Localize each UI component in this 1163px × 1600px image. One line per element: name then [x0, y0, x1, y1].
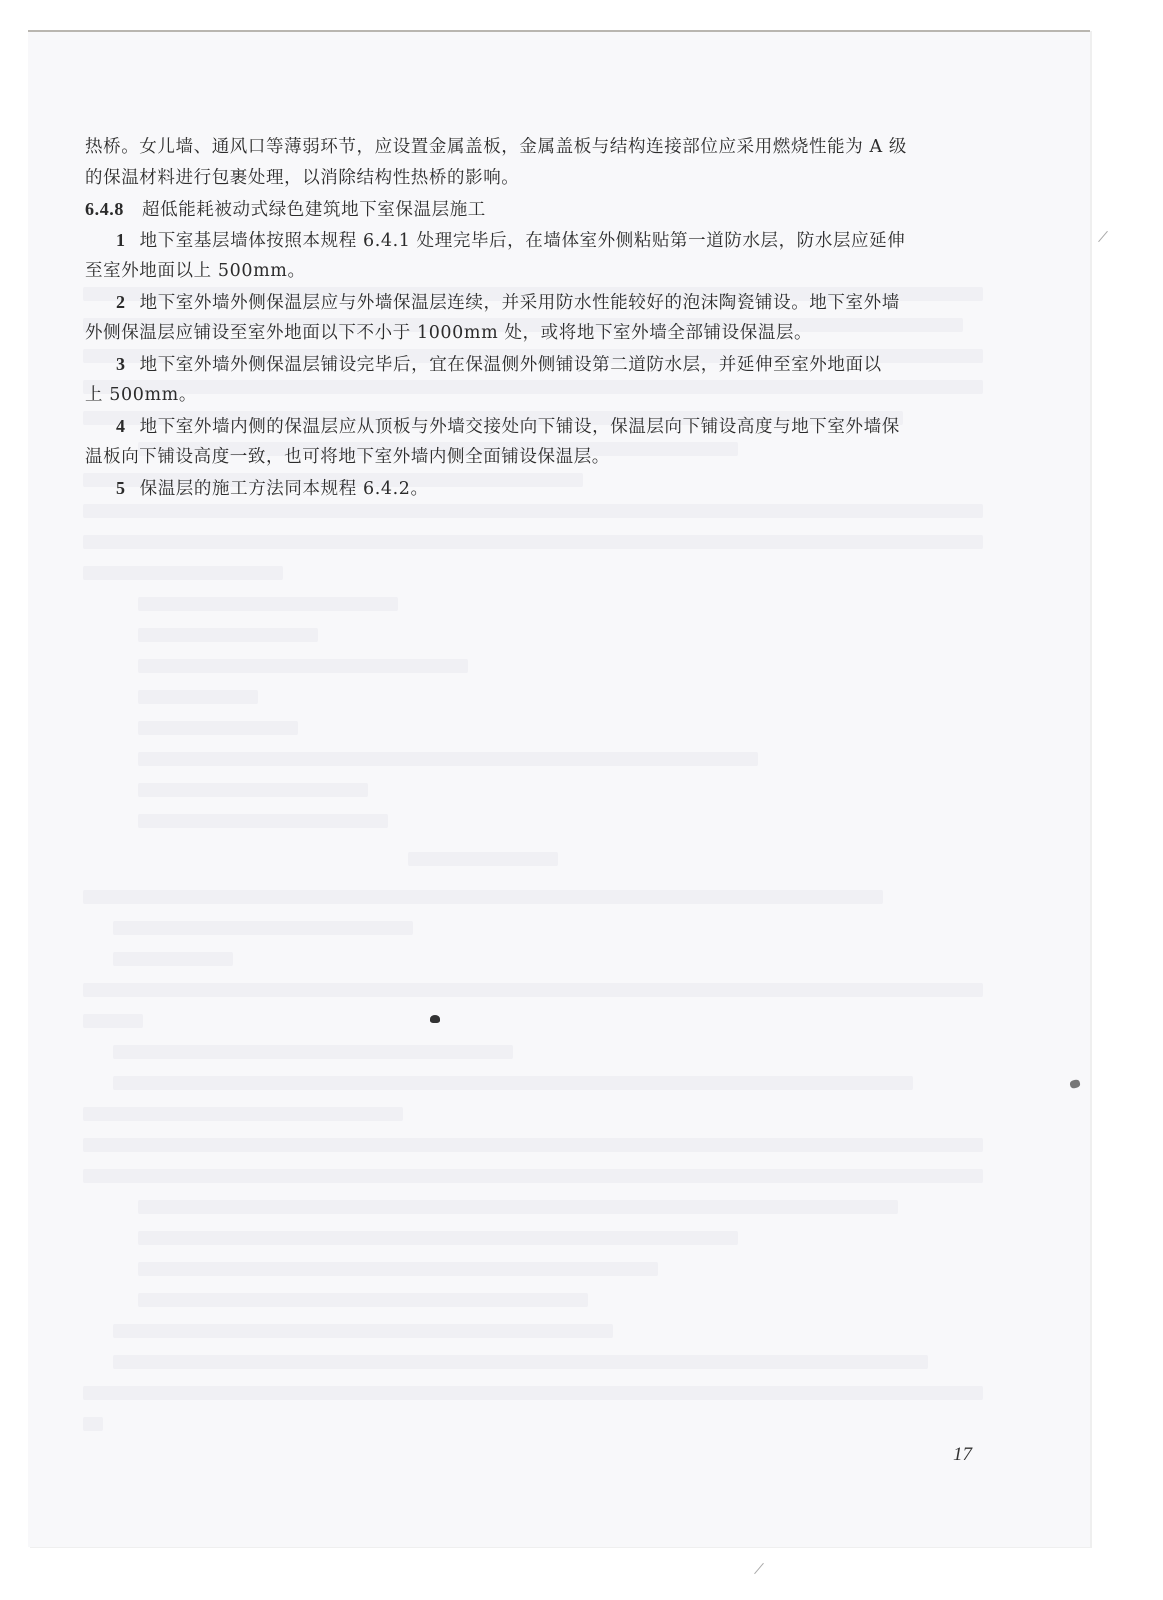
- item-text: 地下室外墙内侧的保温层应从顶板与外墙交接处向下铺设，保温层向下铺设高度与地下室外…: [140, 417, 900, 437]
- item-text: 保温层的施工方法同本规程 6.4.2。: [140, 479, 429, 499]
- item-text: 地下室基层墙体按照本规程 6.4.1 处理完毕后，在墙体室外侧粘贴第一道防水层，…: [140, 231, 906, 251]
- item-number: 5: [116, 478, 126, 498]
- document-body: 热桥。女儿墙、通风口等薄弱环节，应设置金属盖板，金属盖板与结构连接部位应采用燃烧…: [85, 132, 985, 504]
- item-number: 3: [116, 354, 126, 374]
- page-number: 17: [953, 1444, 972, 1466]
- scratch-artifact: [1098, 231, 1108, 242]
- section-number: 6.4.8: [85, 199, 124, 219]
- item-text-continuation: 外侧保温层应铺设至室外地面以下不小于 1000mm 处，或将地下室外墙全部铺设保…: [85, 318, 985, 349]
- paragraph-continuation-line-2: 的保温材料进行包裹处理，以消除结构性热桥的影响。: [85, 163, 985, 194]
- item-number: 2: [116, 292, 126, 312]
- item-number: 1: [116, 230, 126, 250]
- section-title: 超低能耗被动式绿色建筑地下室保温层施工: [142, 200, 486, 220]
- list-item: 4地下室外墙内侧的保温层应从顶板与外墙交接处向下铺设，保温层向下铺设高度与地下室…: [85, 411, 985, 473]
- item-number: 4: [116, 416, 126, 436]
- ink-spot-artifact: [430, 1015, 440, 1023]
- list-item: 3地下室外墙外侧保温层铺设完毕后，宜在保温侧外侧铺设第二道防水层，并延伸至室外地…: [85, 349, 985, 411]
- item-text-continuation: 至室外地面以上 500mm。: [85, 256, 985, 287]
- list-item: 5保温层的施工方法同本规程 6.4.2。: [85, 473, 985, 504]
- list-item: 1地下室基层墙体按照本规程 6.4.1 处理完毕后，在墙体室外侧粘贴第一道防水层…: [85, 225, 985, 287]
- item-text-continuation: 温板向下铺设高度一致，也可将地下室外墙内侧全面铺设保温层。: [85, 442, 985, 473]
- list-item: 2地下室外墙外侧保温层应与外墙保温层连续，并采用防水性能较好的泡沫陶瓷铺设。地下…: [85, 287, 985, 349]
- section-heading: 6.4.8超低能耗被动式绿色建筑地下室保温层施工: [85, 194, 985, 225]
- item-text: 地下室外墙外侧保温层应与外墙保温层连续，并采用防水性能较好的泡沫陶瓷铺设。地下室…: [140, 293, 900, 313]
- paragraph-continuation-line-1: 热桥。女儿墙、通风口等薄弱环节，应设置金属盖板，金属盖板与结构连接部位应采用燃烧…: [85, 132, 985, 163]
- document-page: 热桥。女儿墙、通风口等薄弱环节，应设置金属盖板，金属盖板与结构连接部位应采用燃烧…: [28, 30, 1090, 1547]
- item-text: 地下室外墙外侧保温层铺设完毕后，宜在保温侧外侧铺设第二道防水层，并延伸至室外地面…: [140, 355, 882, 375]
- scratch-artifact: [754, 1563, 764, 1574]
- item-text-continuation: 上 500mm。: [85, 380, 985, 411]
